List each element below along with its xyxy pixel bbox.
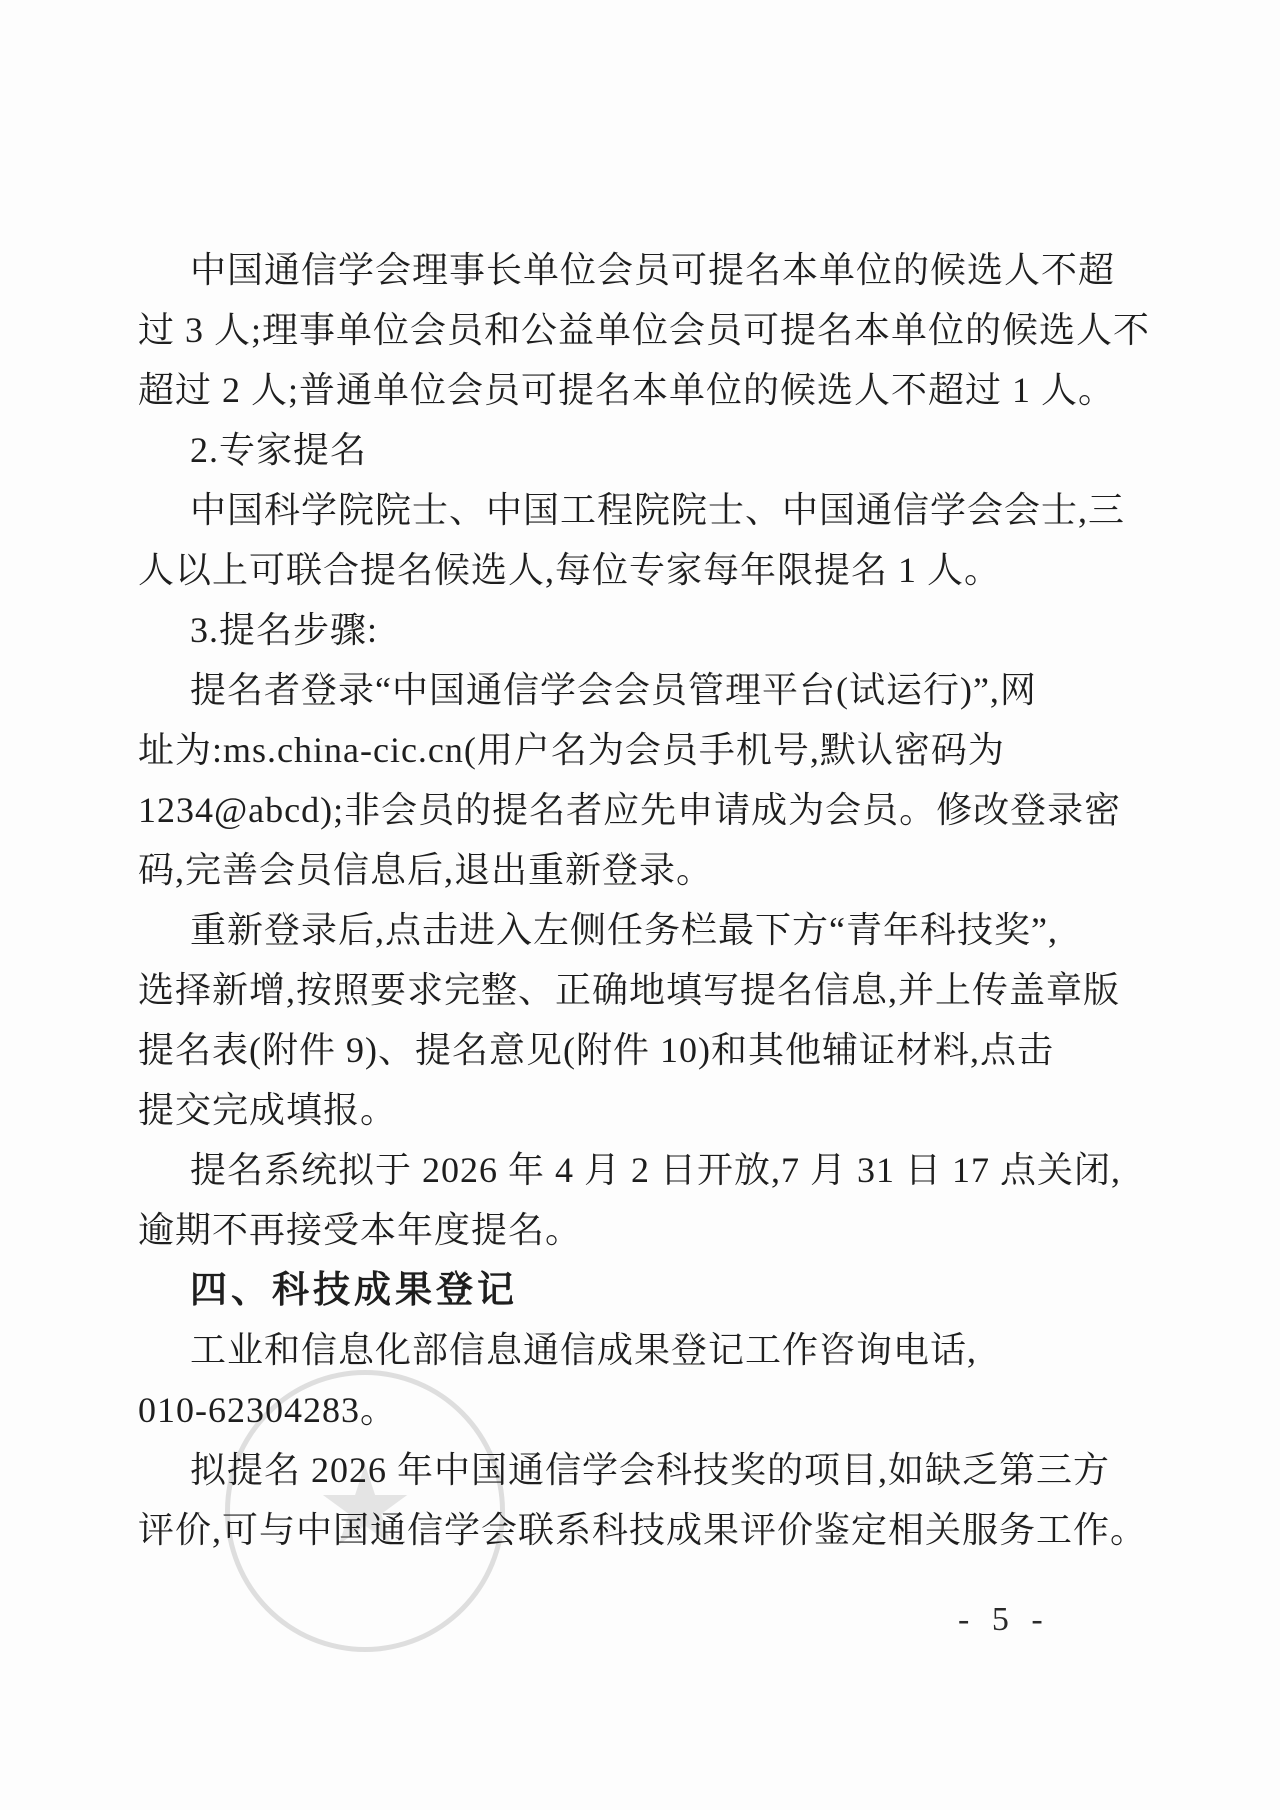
text-line: 1234@abcd);非会员的提名者应先申请成为会员。修改登录密 [138, 780, 1115, 840]
text-line: 拟提名 2026 年中国通信学会科技奖的项目,如缺乏第三方 [138, 1440, 1115, 1500]
text-line: 中国通信学会理事长单位会员可提名本单位的候选人不超 [138, 240, 1115, 300]
scanned-document-page: ★ 中国通信学会理事长单位会员可提名本单位的候选人不超 过 3 人;理事单位会员… [0, 0, 1280, 1810]
text-line: 提名系统拟于 2026 年 4 月 2 日开放,7 月 31 日 17 点关闭, [138, 1140, 1115, 1200]
text-line: 010-62304283。 [138, 1380, 1115, 1440]
section-heading: 四、科技成果登记 [138, 1260, 1115, 1320]
list-item-2: 2.专家提名 [138, 420, 1115, 480]
text-line: 提名表(附件 9)、提名意见(附件 10)和其他辅证材料,点击 [138, 1020, 1115, 1080]
text-line: 中国科学院院士、中国工程院院士、中国通信学会会士,三 [138, 480, 1115, 540]
text-line: 选择新增,按照要求完整、正确地填写提名信息,并上传盖章版 [138, 960, 1115, 1020]
text-line: 码,完善会员信息后,退出重新登录。 [138, 840, 1115, 900]
text-line: 提交完成填报。 [138, 1080, 1115, 1140]
text-line: 工业和信息化部信息通信成果登记工作咨询电话, [138, 1320, 1115, 1380]
list-item-3: 3.提名步骤: [138, 600, 1115, 660]
text-line: 过 3 人;理事单位会员和公益单位会员可提名本单位的候选人不 [138, 300, 1115, 360]
text-line: 重新登录后,点击进入左侧任务栏最下方“青年科技奖”, [138, 900, 1115, 960]
text-line: 评价,可与中国通信学会联系科技成果评价鉴定相关服务工作。 [138, 1500, 1115, 1560]
text-line: 址为:ms.china-cic.cn(用户名为会员手机号,默认密码为 [138, 720, 1115, 780]
text-line: 超过 2 人;普通单位会员可提名本单位的候选人不超过 1 人。 [138, 360, 1115, 420]
page-number: - 5 - [958, 1598, 1050, 1642]
text-line: 提名者登录“中国通信学会会员管理平台(试运行)”,网 [138, 660, 1115, 720]
text-line: 人以上可联合提名候选人,每位专家每年限提名 1 人。 [138, 540, 1115, 600]
text-line: 逾期不再接受本年度提名。 [138, 1200, 1115, 1260]
document-body: 中国通信学会理事长单位会员可提名本单位的候选人不超 过 3 人;理事单位会员和公… [138, 240, 1115, 1560]
